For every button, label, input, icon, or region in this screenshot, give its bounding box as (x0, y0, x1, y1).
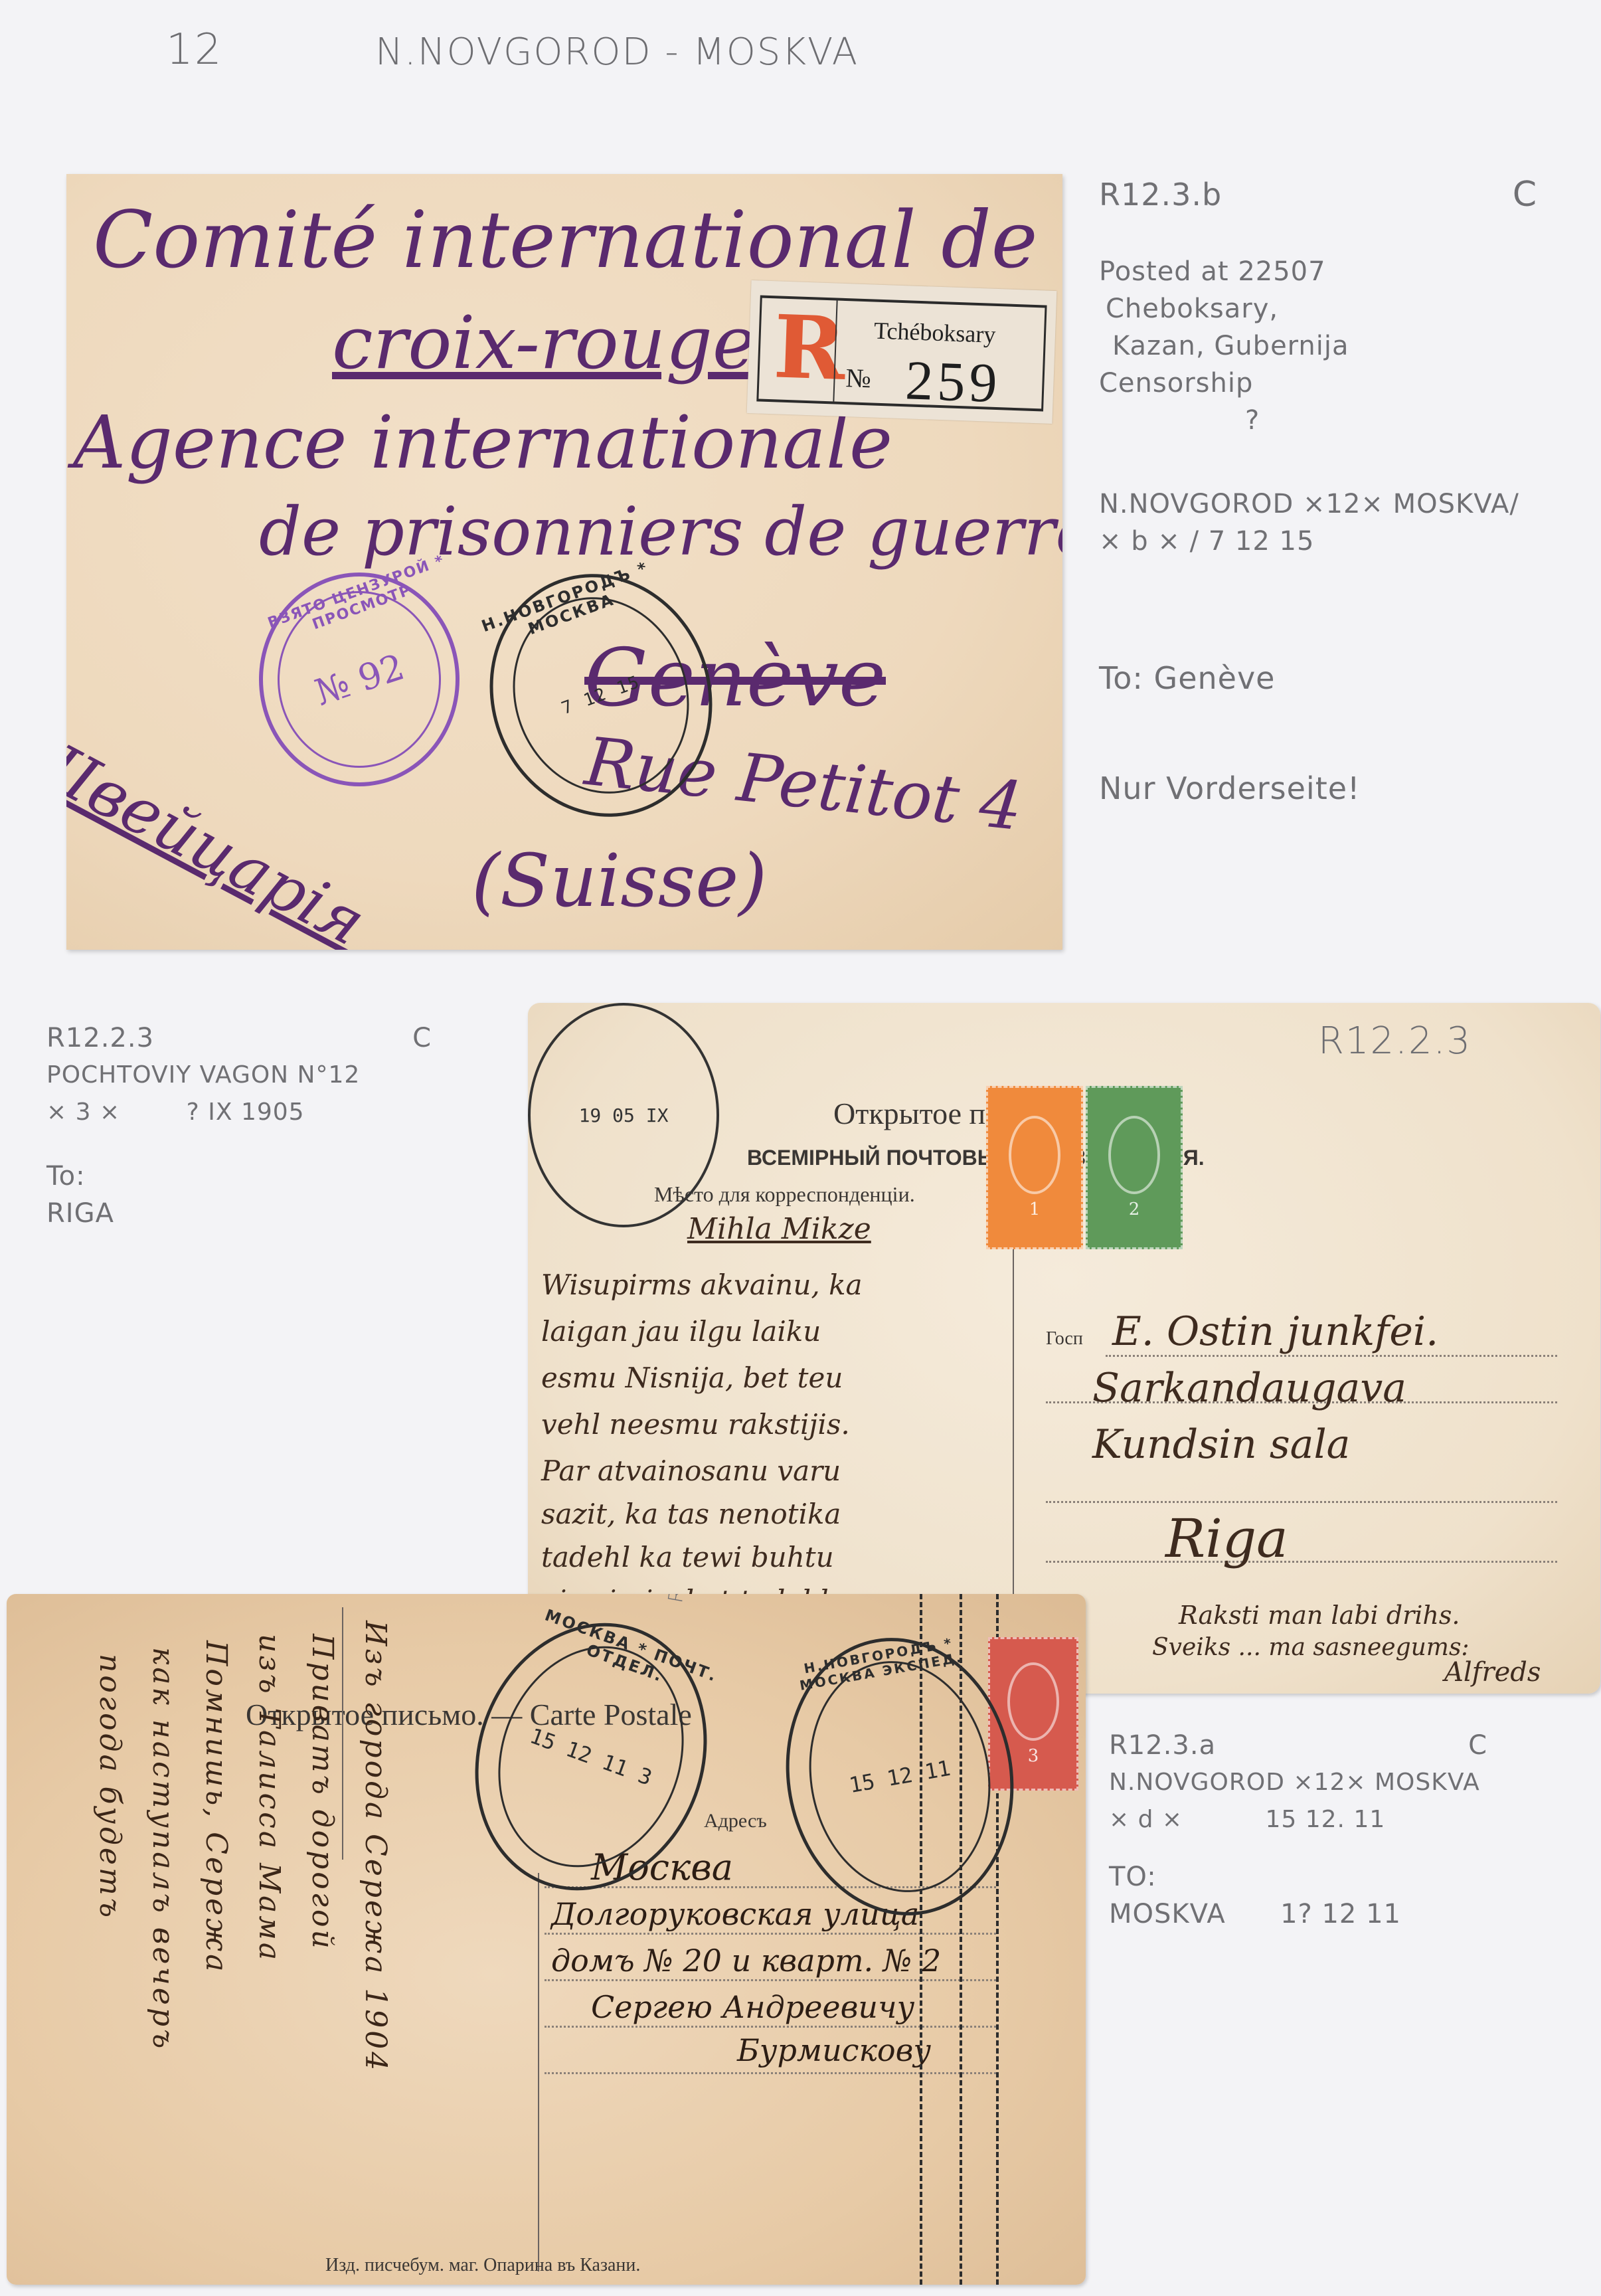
footer-line: Sveiks ... ma sasneegums: (1152, 1634, 1470, 1661)
message-line: Wisupirms akvainu, ka (541, 1269, 863, 1301)
address-line: E. Ostin junkfei. (1112, 1308, 1438, 1355)
signature: Alfreds (1444, 1657, 1541, 1688)
pencil-reference: R12.2.3 (1318, 1019, 1472, 1063)
postmark-note: N.NOVGOROD ×12× MOSKVA/ (1099, 486, 1564, 523)
message-line: как наступалъ вечеръ (146, 1647, 180, 2051)
address-line: Бурмискову (737, 2032, 931, 2068)
destination-note: MOSKVA 1? 12 11 (1109, 1896, 1574, 1933)
address-line: Kundsin sala (1092, 1421, 1350, 1468)
registration-office: Tchéboksary (873, 317, 996, 349)
postmark-date: 19 05 IX (579, 1104, 669, 1126)
address-label: Адресъ (704, 1810, 767, 1832)
stamp-value: 3 (1028, 1746, 1039, 1766)
grade-label: C (412, 1019, 432, 1057)
stamp-2-kopeck: 2 (1086, 1086, 1183, 1249)
remark-note: Nur Vorderseite! (1099, 770, 1564, 807)
address-line: Comité international de la (93, 194, 1062, 286)
stamp-value: 1 (1029, 1199, 1041, 1219)
message-line: Par atvainosanu varu (541, 1455, 841, 1487)
note-line: Kazan, Gubernija (1099, 327, 1564, 365)
address-line: croix-rouge (332, 300, 756, 385)
note-line: × 3 × ? IX 1905 (46, 1094, 445, 1131)
message-greeting: Mihla Mikze (687, 1212, 871, 1246)
message-line: Помнишь, Сережа (199, 1640, 233, 1974)
note-line: Cheboksary, (1099, 290, 1564, 327)
grade-label: C (1513, 176, 1537, 213)
note-line: Censorship (1099, 365, 1564, 402)
stamp-1-kopeck: 1 (986, 1086, 1083, 1249)
gosp-label: Госп (1046, 1328, 1083, 1350)
address-line: Сергею Андреевичу (591, 1989, 914, 2025)
censor-stamp: ВЗЯТО ЦЕНЗУРОЙ * ПРОСМОТР № 92 (259, 573, 460, 786)
reference-code: R12.3.b (1099, 176, 1222, 213)
address-line: Sarkandaugava (1092, 1365, 1406, 1411)
message-line: погода будетъ (93, 1654, 127, 1920)
eagle-icon (1108, 1116, 1160, 1194)
destination-note: To: Genève (1099, 660, 1564, 697)
destination-note: RIGA (46, 1195, 445, 1232)
stamp-value: 2 (1129, 1199, 1140, 1219)
registration-label: R Tchéboksary № 259 (747, 280, 1057, 424)
reference-code: R12.3.a (1109, 1727, 1216, 1764)
note-line: Posted at 22507 (1099, 253, 1564, 290)
note-line: ? (1099, 402, 1564, 439)
note-line: × d × 15 12. 11 (1109, 1801, 1574, 1838)
publisher-line: Изд. писчебум. маг. Опарина въ Казани. (325, 2255, 640, 2276)
message-line: изъ Талисса Мама (252, 1634, 286, 1963)
item-notes-1: R12.3.b C Posted at 22507 Cheboksary, Ka… (1099, 176, 1564, 807)
eagle-icon (1009, 1116, 1060, 1194)
message-line: Приватъ дорогой (305, 1634, 339, 1951)
item-notes-2: R12.2.3 C POCHTOVIY VAGON N°12 × 3 × ? I… (46, 1019, 445, 1232)
item-notes-3: R12.3.a C N.NOVGOROD ×12× MOSKVA × d × 1… (1109, 1727, 1574, 1933)
registration-number: 259 (904, 348, 1002, 416)
address-line: Riga (1165, 1508, 1288, 1569)
message-line: Изъ города Сережа 1904 (359, 1621, 392, 2073)
eagle-icon (1007, 1662, 1059, 1741)
message-line: esmu Nisnija, bet teu (541, 1362, 843, 1394)
message-line: tadehl ka tewi buhtu (541, 1541, 834, 1573)
message-line: laigan jau ilgu laiku (541, 1315, 821, 1348)
message-line: sazit, ka tas nenotika (541, 1498, 841, 1530)
address-line: (Suisse) (471, 838, 767, 923)
postmark-note: × b × / 7 12 15 (1099, 523, 1564, 560)
reference-code: R12.2.3 (46, 1019, 154, 1057)
page-route-title: N.NOVGOROD - MOSKVA (375, 31, 859, 74)
correspondence-label: Мѣсто для корреспонденціи. (654, 1182, 915, 1207)
registration-number-prefix: № (845, 362, 872, 394)
address-line: домъ № 20 и кварт. № 2 (551, 1943, 941, 1979)
note-line: N.NOVGOROD ×12× MOSKVA (1109, 1764, 1574, 1801)
grade-label: C (1468, 1727, 1487, 1764)
destination-note: TO: (1109, 1858, 1574, 1896)
page-number: 12 (166, 25, 222, 76)
footer-line: Raksti man labi drihs. (1179, 1601, 1460, 1630)
pencil-reference: R12.3.a (664, 1594, 702, 1605)
note-line: POCHTOVIY VAGON N°12 (46, 1057, 445, 1094)
destination-note: To: (46, 1158, 445, 1195)
message-line: vehl neesmu rakstijis. (541, 1408, 850, 1441)
